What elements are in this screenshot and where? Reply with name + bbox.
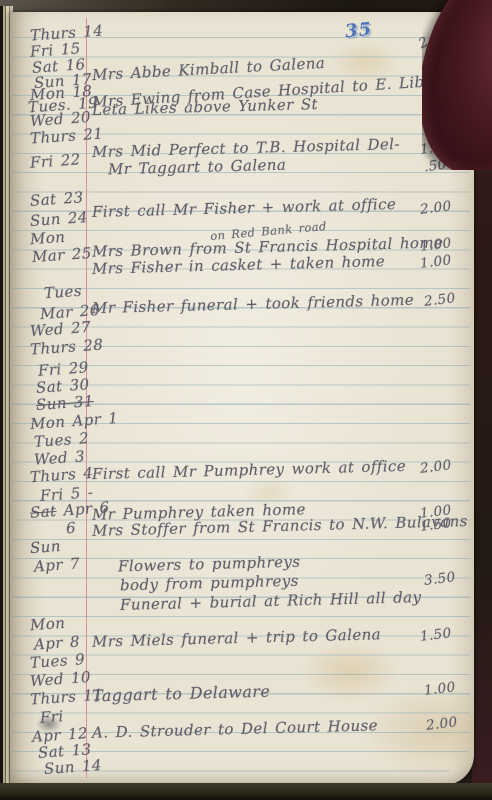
book-cover-bottom	[0, 783, 492, 800]
ledger-page	[10, 12, 474, 785]
ruled-lines	[12, 37, 470, 772]
red-margin-line	[86, 18, 87, 778]
pencil-smudge	[36, 715, 62, 733]
book-cover-right	[472, 0, 492, 800]
